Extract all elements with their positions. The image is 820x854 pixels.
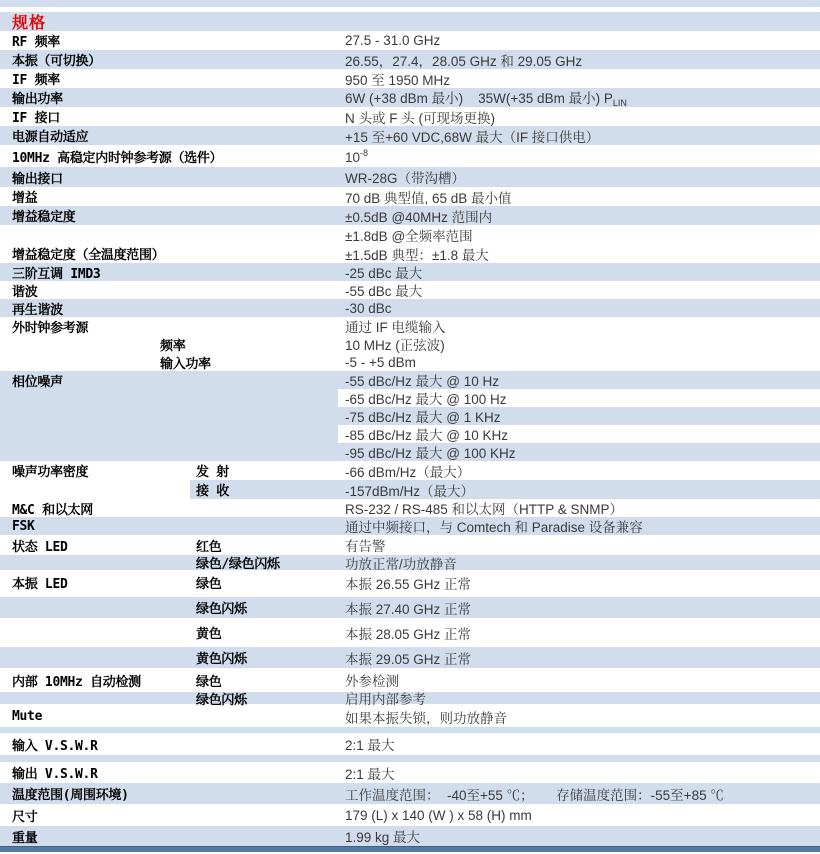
spec-label: 外时钟参考源 (12, 317, 88, 336)
spec-value: -5 - +5 dBm (345, 355, 416, 370)
spec-sheet-page: 规格 RF 频率 27.5 - 31.0 GHz 本振（可切换） 26.55，2… (0, 0, 820, 854)
spec-row: 相位噪声 -55 dBc/Hz 最大 @ 10 Hz (0, 371, 820, 389)
spec-value: ±0.5dB @40MHz 范围内 (345, 206, 492, 226)
spec-sublabel: 输入功率 (160, 353, 211, 372)
spec-value: 外参检测 (345, 670, 399, 690)
spec-value: -30 dBc (345, 301, 392, 316)
spec-row: 增益稳定度 ±0.5dB @40MHz 范围内 (0, 206, 820, 225)
spec-row: FSK 通过中频接口，与 Comtech 和 Paradise 设备兼容 (0, 517, 820, 535)
spec-label: 本振 LED (12, 573, 68, 592)
spec-value: 6W (+38 dBm 最小) 35W(+35 dBm 最小) PLIN (345, 87, 627, 108)
spec-row: -75 dBc/Hz 最大 @ 1 KHz (0, 407, 820, 425)
section-title-row: 规格 (0, 12, 820, 31)
spec-row: -65 dBc/Hz 最大 @ 100 Hz (0, 389, 820, 407)
spec-sublabel: 绿色闪烁 (196, 598, 247, 617)
spec-label: 电源自动适应 (12, 126, 88, 145)
spec-label: IF 频率 (12, 69, 60, 88)
spec-sublabel: 绿色 (196, 671, 221, 690)
spec-sublabel: 黄色 (196, 623, 221, 642)
spec-label: 增益 (12, 187, 37, 206)
spec-value: ±1.8dB @全频率范围 (345, 225, 473, 245)
value-superscript: -8 (360, 148, 368, 158)
spec-value: 2:1 最大 (345, 734, 395, 754)
spec-row: IF 频率 950 至 1950 MHz (0, 69, 820, 88)
spec-value: 本振 27.40 GHz 正常 (345, 598, 471, 618)
spec-row: 内部 10MHz 自动检测 绿色 外参检测 (0, 670, 820, 690)
spec-row: IF 接口 N 头或 F 头 (可现场更换) (0, 107, 820, 126)
spec-row: 增益稳定度（全温度范围） ±1.5dB 典型：±1.8 最大 (0, 244, 820, 263)
spec-label: 输入 V.S.W.R (12, 735, 98, 754)
top-blue-strip (0, 0, 820, 7)
spec-value: 10 MHz (正弦波) (345, 334, 445, 354)
spec-row: 尺寸 179 (L) x 140 (W ) x 58 (H) mm (0, 804, 820, 826)
spec-value: N 头或 F 头 (可现场更换) (345, 107, 495, 127)
spec-sublabel: 绿色闪烁 (196, 689, 247, 708)
spec-value: -55 dBc/Hz 最大 @ 10 Hz (345, 370, 499, 390)
spec-value: 本振 26.55 GHz 正常 (345, 573, 471, 593)
spec-sublabel: 黄色闪烁 (196, 648, 247, 667)
spec-row: 输出功率 6W (+38 dBm 最小) 35W(+35 dBm 最小) PLI… (0, 88, 820, 107)
spec-row: 10MHz 高稳定内时钟参考源（选件） 10-8 (0, 145, 820, 167)
spec-table: RF 频率 27.5 - 31.0 GHz 本振（可切换） 26.55，27.4… (0, 31, 820, 846)
spec-label: 相位噪声 (12, 371, 63, 390)
spec-value: -157dBm/Hz（最大） (345, 480, 474, 500)
spec-value: 本振 28.05 GHz 正常 (345, 623, 471, 643)
spec-label: 输出功率 (12, 88, 63, 107)
spec-row: 黄色闪烁 本振 29.05 GHz 正常 (0, 645, 820, 670)
spec-label: 输出接口 (12, 168, 63, 187)
spec-value: 如果本振失锁，则功放静音 (345, 707, 507, 727)
spec-value: RS-232 / RS-485 和以太网（HTTP & SNMP） (345, 498, 623, 518)
spec-value: 本振 29.05 GHz 正常 (345, 648, 471, 668)
spec-value: 950 至 1950 MHz (345, 69, 450, 89)
spec-row: 温度范围(周围环境) 工作温度范围： -40至+55 ℃； 存储温度范围：-55… (0, 783, 820, 804)
spec-row: 再生谐波 -30 dBc (0, 299, 820, 317)
spec-sublabel: 频率 (160, 335, 185, 354)
spec-row: 本振 LED 绿色 本振 26.55 GHz 正常 (0, 570, 820, 595)
spec-value: 179 (L) x 140 (W ) x 58 (H) mm (345, 808, 532, 823)
spec-row (0, 755, 820, 762)
spec-value: 2:1 最大 (345, 763, 395, 783)
spec-row: 电源自动适应 +15 至+60 VDC,68W 最大（IF 接口供电） (0, 126, 820, 145)
spec-row: 输入 V.S.W.R 2:1 最大 (0, 733, 820, 755)
spec-row: M&C 和以太网 RS-232 / RS-485 和以太网（HTTP & SNM… (0, 499, 820, 517)
spec-label: 状态 LED (12, 536, 68, 555)
spec-value: WR-28G（带沟槽） (345, 167, 465, 187)
spec-row: -95 dBc/Hz 最大 @ 100 KHz (0, 443, 820, 461)
spec-row: 输出 V.S.W.R 2:1 最大 (0, 762, 820, 783)
spec-value: -65 dBc/Hz 最大 @ 100 Hz (345, 388, 507, 408)
spec-label: 输出 V.S.W.R (12, 763, 98, 782)
spec-label: 10MHz 高稳定内时钟参考源（选件） (12, 147, 222, 166)
spec-value: -95 dBc/Hz 最大 @ 100 KHz (345, 442, 516, 462)
spec-label: 内部 10MHz 自动检测 (12, 671, 141, 690)
spec-row: 输入功率 -5 - +5 dBm (0, 353, 820, 371)
spec-label: M&C 和以太网 (12, 499, 93, 518)
spec-label: FSK (12, 519, 35, 534)
spec-label: 重量 (12, 827, 37, 846)
spec-value: 通过中频接口，与 Comtech 和 Paradise 设备兼容 (345, 516, 643, 536)
spec-value: 启用内部参考 (345, 688, 426, 708)
spec-row: 绿色/绿色闪烁 功放正常/功放静音 (0, 555, 820, 570)
spec-sublabel: 接 收 (196, 480, 229, 499)
spec-value: -85 dBc/Hz 最大 @ 10 KHz (345, 424, 508, 444)
spec-row: Mute 如果本振失锁，则功放静音 (0, 706, 820, 727)
spec-value: 27.5 - 31.0 GHz (345, 33, 440, 48)
spec-row: 谐波 -55 dBc 最大 (0, 281, 820, 299)
spec-value: ±1.5dB 典型：±1.8 最大 (345, 244, 489, 264)
spec-value: 1.99 kg 最大 (345, 826, 420, 846)
spec-sublabel: 发 射 (196, 461, 229, 480)
spec-value: 工作温度范围： -40至+55 ℃； 存储温度范围：-55至+85 ℃ (345, 784, 724, 804)
spec-row: 三阶互调 IMD3 -25 dBc 最大 (0, 263, 820, 281)
spec-row: 绿色闪烁 启用内部参考 (0, 690, 820, 706)
spec-row: RF 频率 27.5 - 31.0 GHz (0, 31, 820, 50)
spec-label: Mute (12, 709, 42, 724)
spec-row: 本振（可切换） 26.55，27.4，28.05 GHz 和 29.05 GHz (0, 50, 820, 69)
spec-row: ±1.8dB @全频率范围 (0, 225, 820, 244)
spec-row: 黄色 本振 28.05 GHz 正常 (0, 620, 820, 645)
spec-row: 增益 70 dB 典型值, 65 dB 最小值 (0, 187, 820, 206)
spec-row: 外时钟参考源 通过 IF 电缆输入 (0, 317, 820, 335)
spec-label: 本振（可切换） (12, 50, 101, 69)
spec-label: 三阶互调 IMD3 (12, 263, 100, 282)
spec-value: -66 dBm/Hz（最大） (345, 461, 470, 481)
spec-label: 增益稳定度（全温度范围） (12, 244, 164, 263)
spec-row: 重量 1.99 kg 最大 (0, 826, 820, 846)
spec-row: 噪声功率密度 发 射 -66 dBm/Hz（最大） (0, 461, 820, 480)
spec-label: 谐波 (12, 281, 37, 300)
spec-label: 温度范围(周围环境) (12, 784, 129, 803)
spec-value: 通过 IF 电缆输入 (345, 316, 446, 336)
spec-sublabel: 红色 (196, 536, 221, 555)
spec-row: 频率 10 MHz (正弦波) (0, 335, 820, 353)
spec-value: -75 dBc/Hz 最大 @ 1 KHz (345, 406, 501, 426)
bottom-divider-bar (0, 846, 820, 852)
spec-label: RF 频率 (12, 31, 60, 50)
spec-value: +15 至+60 VDC,68W 最大（IF 接口供电） (345, 126, 599, 146)
spec-value: 70 dB 典型值, 65 dB 最小值 (345, 187, 512, 207)
spec-value: -25 dBc 最大 (345, 262, 422, 282)
spec-label: 增益稳定度 (12, 206, 76, 225)
section-title: 规格 (12, 10, 46, 33)
spec-value: 10-8 (345, 148, 368, 165)
spec-label: 再生谐波 (12, 299, 63, 318)
spec-sublabel: 绿色 (196, 573, 221, 592)
spec-row: 输出接口 WR-28G（带沟槽） (0, 167, 820, 187)
spec-row: 绿色闪烁 本振 27.40 GHz 正常 (0, 595, 820, 620)
spec-row: -85 dBc/Hz 最大 @ 10 KHz (0, 425, 820, 443)
spec-value: -55 dBc 最大 (345, 280, 422, 300)
spec-row: 接 收 -157dBm/Hz（最大） (0, 480, 820, 499)
spec-label: 尺寸 (12, 806, 37, 825)
spec-value: 26.55，27.4，28.05 GHz 和 29.05 GHz (345, 50, 582, 70)
spec-label: IF 接口 (12, 107, 60, 126)
spec-label: 噪声功率密度 (12, 461, 88, 480)
